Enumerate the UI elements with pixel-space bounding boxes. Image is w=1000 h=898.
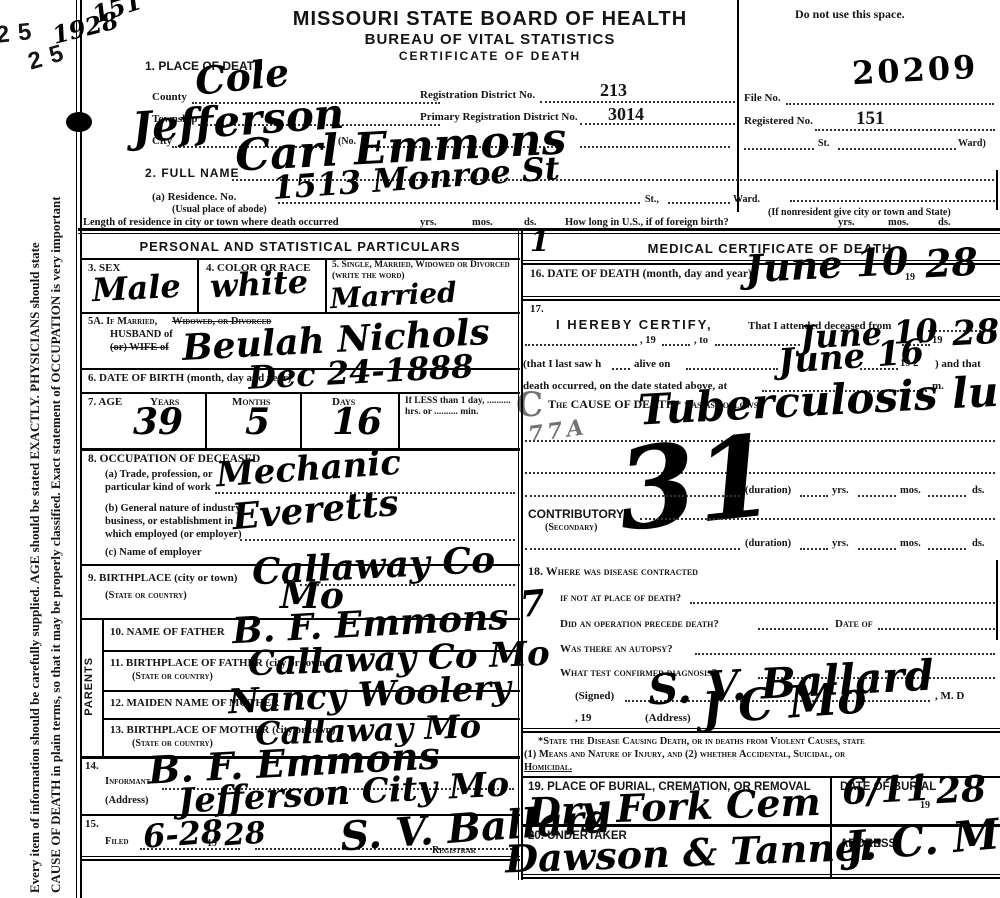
margin-note-line2: CAUSE OF DEATH in plain terms, so that i… (45, 13, 66, 893)
duration2-mos: mos. (900, 538, 921, 550)
dod-year-printed: 19 (905, 272, 915, 284)
dod-year-value: 28 (924, 243, 979, 284)
file-number-value: 20209 (851, 51, 979, 90)
dotted-line (640, 518, 995, 520)
cell-divider (205, 392, 207, 448)
ward-label-right: Ward) (958, 138, 986, 150)
marital-value: Married (329, 279, 457, 314)
dotted-line (758, 628, 828, 630)
duration1-yrs: yrs. (832, 485, 849, 497)
occ-b-label-3: which employed (or employer) (105, 529, 242, 541)
mos-label-2: mos. (888, 217, 909, 229)
signed-label: (Signed) (575, 690, 614, 703)
spouse-label-a: 5A. If Married, (88, 316, 157, 328)
dotted-line (580, 146, 730, 148)
age-months-value: 5 (245, 404, 270, 440)
mos-label: mos. (472, 217, 493, 229)
filed-label: Filed (105, 836, 129, 848)
date-of-burial-value: 6/11 (841, 770, 931, 811)
age-label: 7. AGE (88, 396, 122, 409)
ink-blot (66, 112, 92, 132)
dotted-line (686, 368, 778, 370)
husband-of-label: HUSBAND of (110, 329, 173, 341)
parents-side-label: PARENTS (83, 657, 96, 716)
to-year-value: 28 (951, 315, 1000, 351)
date-of-death-value: June 10 (744, 242, 909, 289)
occ-c-label: (c) Name of employer (105, 547, 202, 559)
registrar-label: Registrar (432, 845, 476, 857)
abode-note: (Usual place of abode) (172, 204, 267, 216)
to-year-printed: 19 (932, 335, 943, 347)
street-label-right: St. (818, 138, 829, 150)
duration-label-1: (duration) (745, 485, 791, 497)
father-bp-state-label: (State or country) (132, 671, 213, 683)
dotted-line (786, 103, 994, 105)
handwritten-one: 1 (530, 228, 549, 256)
undertaker-value: Dawson & Tanner (504, 827, 879, 878)
rule (522, 874, 1000, 875)
father-name-label: 10. NAME OF FATHER (110, 626, 225, 639)
personal-section-title: PERSONAL AND STATISTICAL PARTICULARS (90, 240, 510, 255)
full-name-label: 2. FULL NAME (145, 167, 239, 181)
left-border-outer (76, 0, 77, 898)
margin-note: Every item of information should be care… (24, 13, 66, 893)
column-divider-inner (521, 228, 523, 880)
registration-district-value: 213 (600, 80, 627, 101)
color-race-value: white (209, 265, 309, 302)
autopsy-label: Was there an autopsy? (560, 643, 673, 656)
residence-label: (a) Residence. No. (152, 191, 236, 204)
address-19-label: , 19 (575, 712, 592, 725)
do-not-use-note: Do not use this space. (795, 8, 905, 22)
nonresident-note: (If nonresident give city or town and St… (768, 207, 951, 219)
cell-divider (197, 258, 199, 312)
yrs-label: yrs. (420, 217, 437, 229)
dotted-line (580, 123, 735, 125)
dotted-line (815, 129, 995, 131)
death-certificate-scan: 151 1928 2 5 2 5 Every item of informati… (0, 0, 1000, 898)
dotted-line (800, 548, 828, 550)
registration-district-label: Registration District No. (420, 89, 535, 102)
ds-label-2: ds. (938, 217, 951, 229)
state-country-label: (State or country) (105, 590, 187, 602)
margin-note-line1: Every item of information should be care… (24, 13, 45, 893)
bureau-subtitle: BUREAU OF VITAL STATISTICS (240, 31, 740, 48)
rule (522, 296, 1000, 297)
dotted-line (612, 368, 630, 370)
informant-number: 14. (85, 760, 99, 773)
dob-value: Dec 24-1888 (247, 350, 474, 394)
filed-number: 15. (85, 818, 99, 831)
footnote-line2: (1) Means and Nature of Injury, and (2) … (524, 749, 845, 761)
dotted-line (690, 602, 995, 604)
column-divider-outer (518, 228, 519, 880)
hereby-certify-label: I HEREBY CERTIFY, (556, 318, 713, 333)
handwritten-seven: 7 (518, 585, 546, 623)
dotted-line (838, 148, 956, 150)
rule (80, 859, 520, 861)
residence-st-label: St., (645, 194, 659, 206)
length-residence-label: Length of residence in city or town wher… (83, 217, 339, 229)
saw-year-printed: 19 2 (900, 358, 918, 370)
dotted-line (744, 148, 814, 150)
if-less-label: If LESS than 1 day, .......... hrs. or .… (405, 396, 513, 418)
last-saw-pre-label: (that I last saw h (523, 358, 601, 371)
sex-value: Male (91, 270, 181, 307)
dotted-line (858, 548, 896, 550)
rule (522, 877, 1000, 879)
rule (522, 728, 1000, 729)
informant-label: Informant (105, 776, 150, 788)
duration1-mos: mos. (900, 485, 921, 497)
date-of-death-label: 16. DATE OF DEATH (month, day and year) (530, 268, 752, 281)
to-label: , to (694, 335, 708, 347)
burial-year-printed: 19 (920, 800, 930, 812)
dotted-line (858, 495, 896, 497)
occ-b-label-1: (b) General nature of industry, (105, 503, 243, 515)
wife-of-label: (or) WIFE of (110, 342, 169, 354)
scan-edge-mark (996, 560, 998, 640)
duration1-ds: ds. (972, 485, 985, 497)
dotted-line (790, 200, 995, 202)
cell-divider (300, 392, 302, 448)
registered-number-label: Registered No. (744, 115, 813, 128)
rule (522, 299, 1000, 301)
dotted-line (860, 368, 898, 370)
where-contracted-label: 18. Where was disease contracted (528, 565, 698, 579)
occ-a-label-1: (a) Trade, profession, or (105, 469, 213, 481)
operation-label: Did an operation precede death? (560, 618, 719, 631)
age-years-value: 39 (133, 404, 183, 440)
dotted-line (525, 548, 740, 550)
footnote-line1: *State the Disease Causing Death, or in … (538, 736, 865, 748)
yrs-label-2: yrs. (838, 217, 855, 229)
dotted-line (540, 101, 735, 103)
filed-year-value: 28 (223, 819, 267, 852)
secondary-label: (Secondary) (545, 522, 597, 534)
primary-district-value: 3014 (608, 104, 644, 125)
cell-divider (398, 392, 400, 448)
dotted-line (278, 202, 640, 204)
residence-ward-label: Ward. (733, 194, 760, 206)
occ-a-label-2: particular kind of work (105, 482, 211, 494)
undertaker-address-value: J. C. Mo. (844, 810, 1000, 869)
big-31-annotation: 31 (613, 420, 780, 548)
dotted-line (525, 344, 637, 346)
footnote-line3: Homicidal. (524, 762, 572, 774)
scan-edge-mark (996, 170, 998, 210)
registered-number-value: 151 (856, 108, 885, 130)
dotted-line (668, 202, 730, 204)
alive-on-label: alive on (634, 358, 670, 371)
dotted-line (662, 344, 690, 346)
certificate-subtitle: CERTIFICATE OF DEATH (240, 50, 740, 64)
dotted-line (878, 628, 995, 630)
birthplace-label: 9. BIRTHPLACE (city or town) (88, 572, 237, 585)
burial-year-value: 28 (935, 771, 987, 810)
how-long-us-label: How long in U.S., if of foreign birth? (565, 217, 729, 229)
duration2-ds: ds. (972, 538, 985, 550)
occ-b-label-2: business, or establishment in (105, 516, 233, 528)
informant-address-label: (Address) (105, 795, 149, 807)
dotted-line (800, 495, 828, 497)
file-number-label: File No. (744, 92, 781, 105)
dotted-line (140, 848, 240, 850)
dotted-line (928, 495, 966, 497)
if-not-at-place-label: if not at place of death? (560, 592, 681, 605)
age-days-value: 16 (332, 404, 382, 440)
dotted-line (928, 548, 966, 550)
rule (80, 856, 520, 857)
duration2-yrs: yrs. (832, 538, 849, 550)
stamp-mark-c: C (516, 388, 543, 422)
cell-divider (325, 258, 327, 312)
parents-divider (102, 618, 104, 756)
item-17-number: 17. (530, 303, 544, 316)
duration-label-2: (duration) (745, 538, 791, 550)
comma-19-label: , 19 (640, 335, 656, 347)
contributory-label: CONTRIBUTORY (528, 508, 624, 522)
rule (522, 731, 1000, 733)
page-title: MISSOURI STATE BOARD OF HEALTH (240, 8, 740, 31)
physician-address-value: J C Mo (701, 676, 868, 731)
dotted-line (525, 495, 740, 497)
date-of-label: Date of (835, 618, 873, 631)
md-label: , M. D (935, 690, 964, 703)
physician-address-label: (Address) (645, 712, 691, 725)
